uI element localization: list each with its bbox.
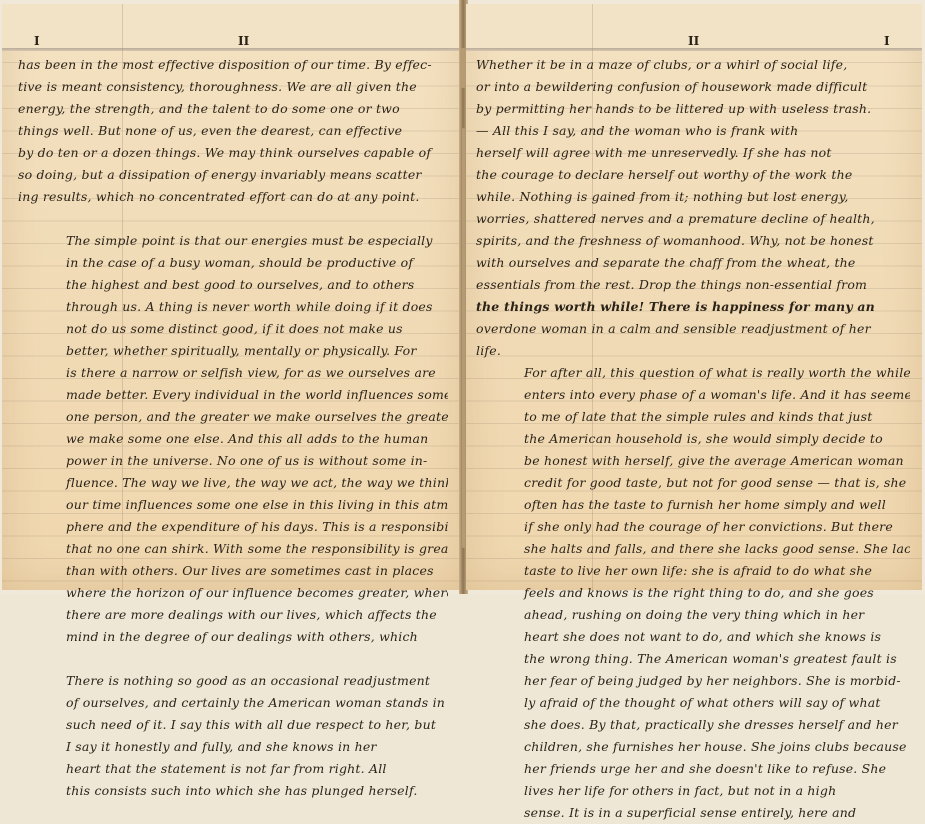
handwritten-line: with ourselves and separate the chaff fr… (476, 252, 910, 274)
handwritten-line: she halts and falls, and there she lacks… (476, 538, 910, 560)
handwritten-line: our time influences some one else in thi… (18, 494, 448, 516)
right-page-text: Whether it be in a maze of clubs, or a w… (476, 54, 910, 594)
handwritten-line: not do us some distinct good, if it does… (18, 318, 448, 340)
handwritten-line: tive is meant consistency, thoroughness.… (18, 76, 448, 98)
binding-stitch (462, 128, 465, 548)
handwritten-line: while. Nothing is gained from it; nothin… (476, 186, 910, 208)
handwritten-line: fluence. The way we live, the way we act… (18, 472, 448, 494)
handwritten-line: — All this I say, and the woman who is f… (476, 120, 910, 142)
handwritten-line: or into a bewildering confusion of house… (476, 76, 910, 98)
handwritten-line: we make some one else. And this all adds… (18, 428, 448, 450)
handwritten-line: often has the taste to furnish her home … (476, 494, 910, 516)
handwritten-line: by do ten or a dozen things. We may thin… (18, 142, 448, 164)
right-page-header-rule (466, 48, 922, 51)
handwritten-line: in the case of a busy woman, should be p… (18, 252, 448, 274)
handwritten-line: better, whether spiritually, mentally or… (18, 340, 448, 362)
handwritten-line: phere and the expenditure of his days. T… (18, 516, 448, 538)
handwritten-line: if she only had the courage of her convi… (476, 516, 910, 538)
handwritten-line: life. (476, 340, 910, 362)
handwritten-line: spirits, and the freshness of womanhood.… (476, 230, 910, 252)
handwritten-line: be honest with herself, give the average… (476, 450, 910, 472)
handwritten-line: taste to live her own life: she is afrai… (476, 560, 910, 582)
left-column-mark-1: I (34, 34, 40, 48)
left-page: I II has been in the most effective disp… (2, 4, 462, 590)
notebook-spread: I II has been in the most effective disp… (0, 0, 925, 594)
handwritten-line: things well. But none of us, even the de… (18, 120, 448, 142)
handwritten-line: Whether it be in a maze of clubs, or a w… (476, 54, 910, 76)
handwritten-line: made better. Every individual in the wor… (18, 384, 448, 406)
handwritten-line: energy, the strength, and the talent to … (18, 98, 448, 120)
right-paragraph-1: Whether it be in a maze of clubs, or a w… (476, 54, 910, 362)
handwritten-line: by permitting her hands to be littered u… (476, 98, 910, 120)
handwritten-line: that no one can shirk. With some the res… (18, 538, 448, 560)
left-paragraph-2: The simple point is that our energies mu… (18, 230, 448, 594)
handwritten-line: is there a narrow or selfish view, for a… (18, 362, 448, 384)
handwritten-line: where the horizon of our influence becom… (18, 582, 448, 594)
handwritten-line: feels and knows is the right thing to do… (476, 582, 910, 594)
handwritten-line: than with others. Our lives are sometime… (18, 560, 448, 582)
left-page-header-rule (2, 48, 462, 51)
handwritten-line: so doing, but a dissipation of energy in… (18, 164, 448, 186)
handwritten-line: ing results, which no concentrated effor… (18, 186, 448, 208)
handwritten-line: power in the universe. No one of us is w… (18, 450, 448, 472)
handwritten-line: herself will agree with me unreservedly.… (476, 142, 910, 164)
left-page-text: has been in the most effective dispositi… (18, 54, 448, 594)
handwritten-line: The simple point is that our energies mu… (18, 230, 448, 252)
handwritten-line: has been in the most effective dispositi… (18, 54, 448, 76)
handwritten-line: through us. A thing is never worth while… (18, 296, 448, 318)
right-column-mark-2: I (884, 34, 890, 48)
left-paragraph-1: has been in the most effective dispositi… (18, 54, 448, 208)
handwritten-line: the courage to declare herself out worth… (476, 164, 910, 186)
handwritten-line-emphasized: the things worth while! There is happine… (476, 296, 910, 318)
handwritten-line: For after all, this question of what is … (476, 362, 910, 384)
right-page: II I Whether it be in a maze of clubs, o… (466, 4, 922, 590)
handwritten-line: overdone woman in a calm and sensible re… (476, 318, 910, 340)
right-column-mark-1: II (688, 34, 699, 48)
handwritten-line: credit for good taste, but not for good … (476, 472, 910, 494)
handwritten-line: to me of late that the simple rules and … (476, 406, 910, 428)
left-column-mark-2: II (238, 34, 249, 48)
left-page-header-band (2, 4, 462, 48)
handwritten-line: one person, and the greater we make ours… (18, 406, 448, 428)
handwritten-line: enters into every phase of a woman's lif… (476, 384, 910, 406)
handwritten-line: essentials from the rest. Drop the thing… (476, 274, 910, 296)
handwritten-line: the American household is, she would sim… (476, 428, 910, 450)
handwritten-line: the highest and best good to ourselves, … (18, 274, 448, 296)
right-paragraph-2: For after all, this question of what is … (476, 362, 910, 594)
handwritten-line: worries, shattered nerves and a prematur… (476, 208, 910, 230)
